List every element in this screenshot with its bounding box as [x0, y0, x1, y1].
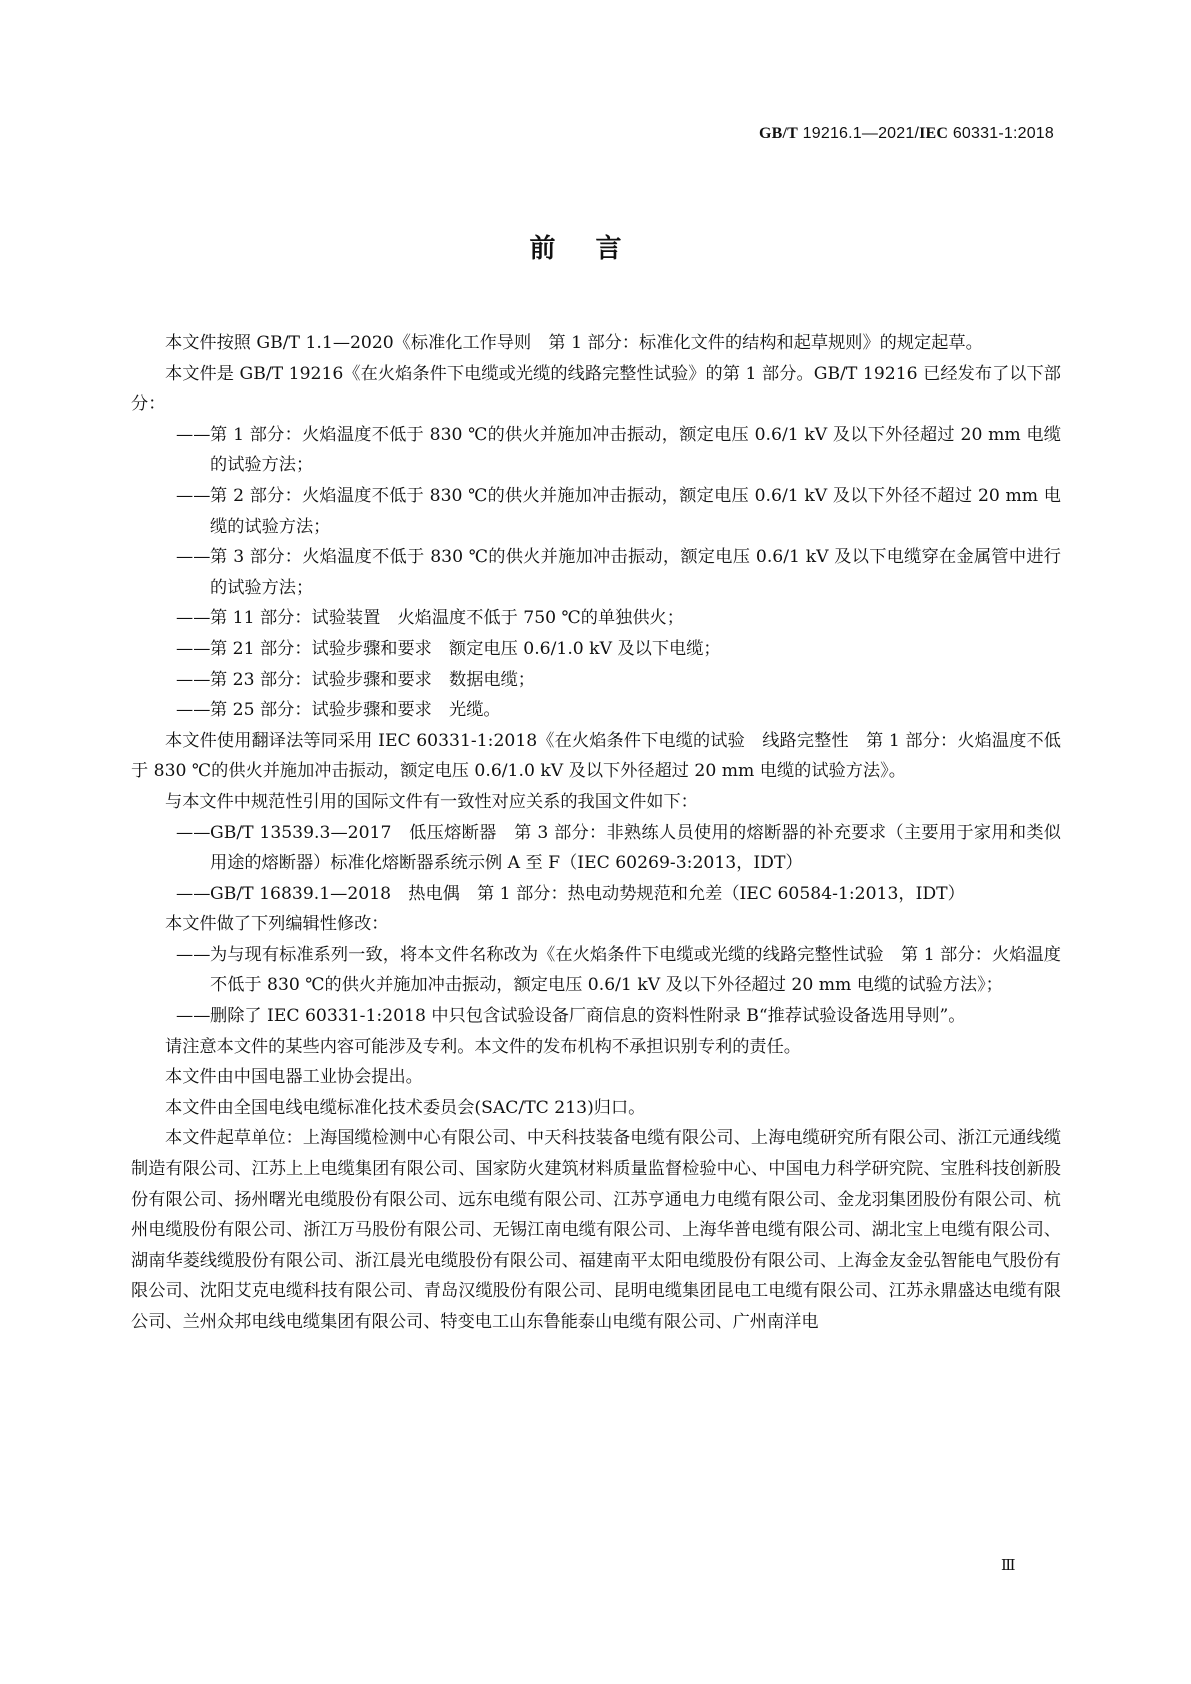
list-item-reference: ——GB/T 13539.3—2017 低压熔断器 第 3 部分：非熟练人员使用…: [131, 818, 1061, 879]
list-item-part: ——第 3 部分：火焰温度不低于 830 ℃的供火并施加冲击振动，额定电压 0.…: [131, 542, 1061, 603]
paragraph-drafting-units: 本文件起草单位：上海国缆检测中心有限公司、中天科技装备电缆有限公司、上海电缆研究…: [131, 1123, 1061, 1337]
standard-number: 19216.1—2021/: [798, 125, 919, 142]
dash-marker: ——: [176, 420, 210, 451]
list-item-text: 第 3 部分：火焰温度不低于 830 ℃的供火并施加冲击振动，额定电压 0.6/…: [210, 547, 1061, 598]
list-item-text: 第 23 部分：试验步骤和要求 数据电缆；: [210, 670, 535, 690]
list-item-text: 第 25 部分：试验步骤和要求 光缆。: [210, 700, 501, 720]
list-item-part: ——第 1 部分：火焰温度不低于 830 ℃的供火并施加冲击振动，额定电压 0.…: [131, 420, 1061, 481]
paragraph-normative-refs: 与本文件中规范性引用的国际文件有一致性对应关系的我国文件如下：: [131, 787, 1061, 818]
list-item-text: 第 11 部分：试验装置 火焰温度不低于 750 ℃的单独供火；: [210, 608, 684, 628]
paragraph-series-intro: 本文件是 GB/T 19216《在火焰条件下电缆或光缆的线路完整性试验》的第 1…: [131, 359, 1061, 420]
list-item-text: 第 21 部分：试验步骤和要求 额定电压 0.6/1.0 kV 及以下电缆；: [210, 639, 721, 659]
list-item-text: GB/T 13539.3—2017 低压熔断器 第 3 部分：非熟练人员使用的熔…: [210, 823, 1061, 874]
list-item-text: GB/T 16839.1—2018 热电偶 第 1 部分：热电动势规范和允差（I…: [210, 884, 965, 904]
dash-marker: ——: [176, 481, 210, 512]
gbt-label: GB/T: [759, 125, 798, 142]
list-item-part: ——第 25 部分：试验步骤和要求 光缆。: [131, 695, 1061, 726]
dash-marker: ——: [176, 695, 210, 726]
list-item-part: ——第 11 部分：试验装置 火焰温度不低于 750 ℃的单独供火；: [131, 603, 1061, 634]
paragraph-patent-notice: 请注意本文件的某些内容可能涉及专利。本文件的发布机构不承担识别专利的责任。: [131, 1032, 1061, 1063]
paragraph-proposed-by: 本文件由中国电器工业协会提出。: [131, 1062, 1061, 1093]
paragraph-drafting-rules: 本文件按照 GB/T 1.1—2020《标准化工作导则 第 1 部分：标准化文件…: [131, 328, 1061, 359]
dash-marker: ——: [176, 665, 210, 696]
page-number: Ⅲ: [1001, 1556, 1015, 1574]
iec-label: IEC: [919, 125, 948, 142]
list-item-part: ——第 21 部分：试验步骤和要求 额定电压 0.6/1.0 kV 及以下电缆；: [131, 634, 1061, 665]
dash-marker: ——: [176, 818, 210, 849]
page-title: 前言: [0, 228, 1191, 265]
dash-marker: ——: [176, 634, 210, 665]
document-body: 本文件按照 GB/T 1.1—2020《标准化工作导则 第 1 部分：标准化文件…: [131, 328, 1061, 1338]
dash-marker: ——: [176, 603, 210, 634]
list-item-edit: ——删除了 IEC 60331-1:2018 中只包含试验设备厂商信息的资料性附…: [131, 1001, 1061, 1032]
paragraph-administered-by: 本文件由全国电线电缆标准化技术委员会(SAC/TC 213)归口。: [131, 1093, 1061, 1124]
dash-marker: ——: [176, 879, 210, 910]
paragraph-adoption: 本文件使用翻译法等同采用 IEC 60331-1:2018《在火焰条件下电缆的试…: [131, 726, 1061, 787]
paragraph-editorial-changes: 本文件做了下列编辑性修改：: [131, 909, 1061, 940]
list-item-edit: ——为与现有标准系列一致，将本文件名称改为《在火焰条件下电缆或光缆的线路完整性试…: [131, 940, 1061, 1001]
dash-marker: ——: [176, 542, 210, 573]
list-item-text: 删除了 IEC 60331-1:2018 中只包含试验设备厂商信息的资料性附录 …: [210, 1006, 966, 1026]
list-item-text: 第 1 部分：火焰温度不低于 830 ℃的供火并施加冲击振动，额定电压 0.6/…: [210, 425, 1061, 476]
list-item-part: ——第 23 部分：试验步骤和要求 数据电缆；: [131, 665, 1061, 696]
list-item-text: 为与现有标准系列一致，将本文件名称改为《在火焰条件下电缆或光缆的线路完整性试验 …: [210, 945, 1061, 996]
standard-number-header: GB/T 19216.1—2021/IEC 60331-1:2018: [759, 125, 1054, 143]
iec-number: 60331-1:2018: [948, 125, 1054, 142]
dash-marker: ——: [176, 940, 210, 971]
list-item-reference: ——GB/T 16839.1—2018 热电偶 第 1 部分：热电动势规范和允差…: [131, 879, 1061, 910]
list-item-text: 第 2 部分：火焰温度不低于 830 ℃的供火并施加冲击振动，额定电压 0.6/…: [210, 486, 1061, 537]
list-item-part: ——第 2 部分：火焰温度不低于 830 ℃的供火并施加冲击振动，额定电压 0.…: [131, 481, 1061, 542]
dash-marker: ——: [176, 1001, 210, 1032]
